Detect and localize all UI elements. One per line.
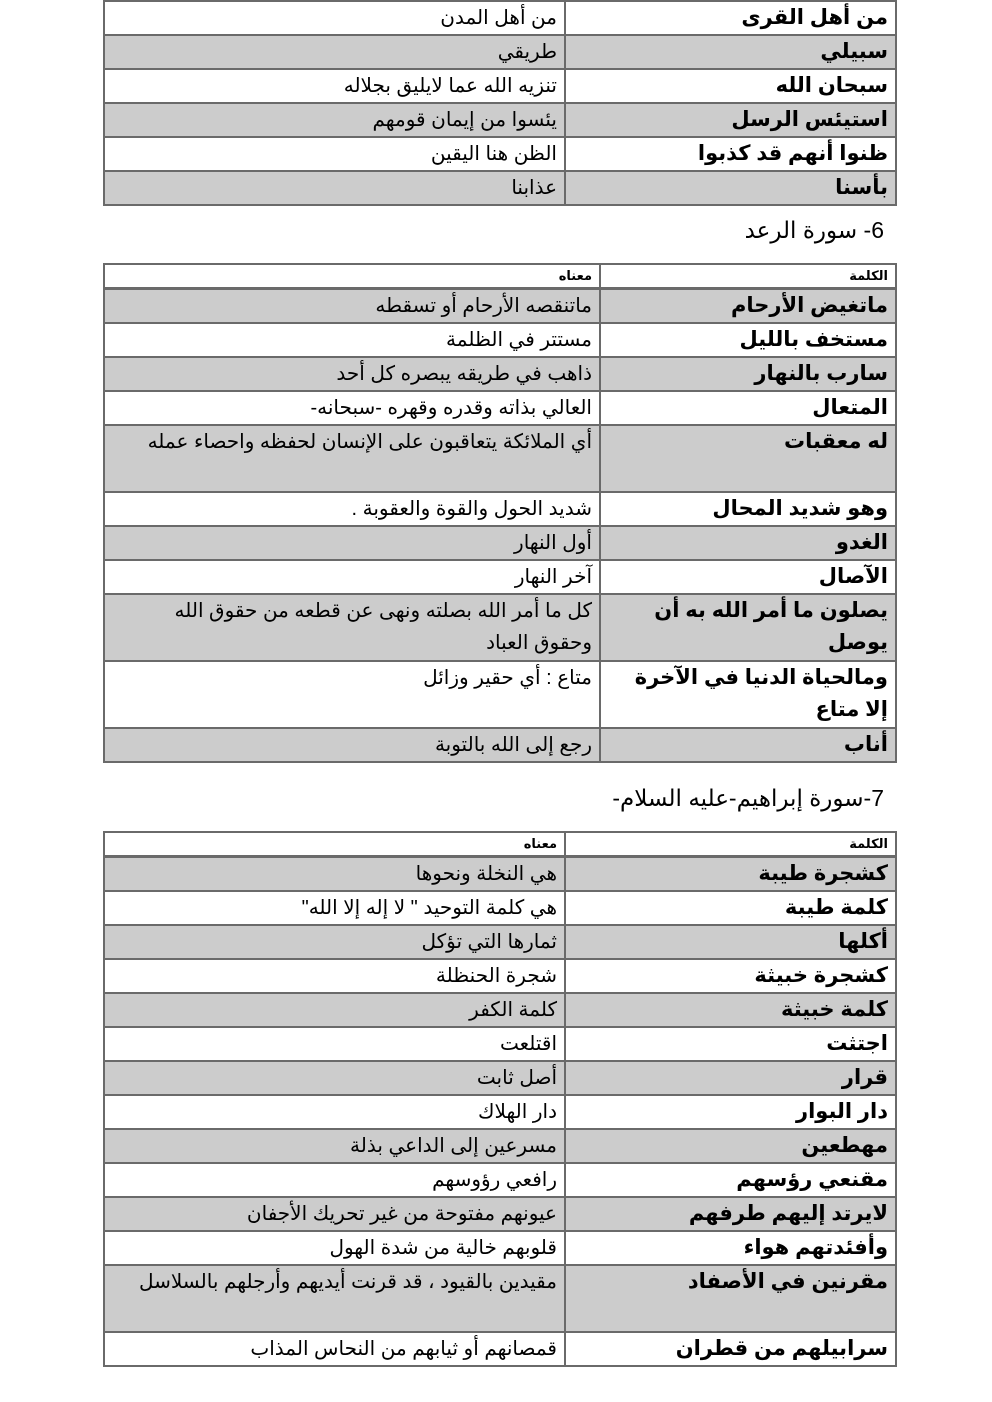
table-row: المتعالالعالي بذاته وقدره وقهره -سبحانه- [104, 391, 896, 425]
word-cell: مقنعي رؤسهم [565, 1163, 896, 1197]
vocab-table-3: الكلمةمعناه كشجرة طيبةهي النخلة ونحوها ك… [103, 831, 897, 1367]
meaning-cell: قلوبهم خالية من شدة الهول [104, 1231, 565, 1265]
meaning-cell: ذاهب في طريقه يبصره كل أحد [104, 357, 600, 391]
table-row: له معقباتأي الملائكة يتعاقبون على الإنسا… [104, 425, 896, 492]
table-row: قرارأصل ثابت [104, 1061, 896, 1095]
word-cell: قرار [565, 1061, 896, 1095]
word-cell: مقرنين في الأصفاد [565, 1265, 896, 1332]
meaning-cell: أول النهار [104, 526, 600, 560]
meaning-cell: شجرة الحنظلة [104, 959, 565, 993]
meaning-cell: كلمة الكفر [104, 993, 565, 1027]
word-cell: دار البوار [565, 1095, 896, 1129]
table-row: ومالحياة الدنيا في الآخرة إلا متاعمتاع :… [104, 661, 896, 728]
table-row: سبحان اللهتنزيه الله عما لايليق بجلاله [104, 69, 896, 103]
header-word: الكلمة [600, 264, 896, 289]
vocab-table-1: من أهل القرىمن أهل المدن سبيليطريقي سبحا… [103, 0, 897, 206]
meaning-cell: اقتلعت [104, 1027, 565, 1061]
table-row: اجتثتاقتلعت [104, 1027, 896, 1061]
table-row: الآصالآخر النهار [104, 560, 896, 594]
word-cell: المتعال [600, 391, 896, 425]
table-row: ماتغيض الأرحامماتنقصه الأرحام أو تسقطه [104, 289, 896, 324]
meaning-cell: مقيدين بالقيود ، قد قرنت أيديهم وأرجلهم … [104, 1265, 565, 1332]
meaning-cell: عذابنا [104, 171, 565, 205]
meaning-cell: متاع : أي حقير وزائل [104, 661, 600, 728]
meaning-cell: أي الملائكة يتعاقبون على الإنسان لحفظه و… [104, 425, 600, 492]
table-row: كشجرة خبيثةشجرة الحنظلة [104, 959, 896, 993]
word-cell: وأفئدتهم هواء [565, 1231, 896, 1265]
table-row: مهطعينمسرعين إلى الداعي بذلة [104, 1129, 896, 1163]
meaning-cell: كل ما أمر الله بصلته ونهى عن قطعه من حقو… [104, 594, 600, 661]
word-cell: سبحان الله [565, 69, 896, 103]
word-cell: الآصال [600, 560, 896, 594]
word-cell: ظنوا أنهم قد كذبوا [565, 137, 896, 171]
meaning-cell: رافعي رؤوسهم [104, 1163, 565, 1197]
meaning-cell: العالي بذاته وقدره وقهره -سبحانه- [104, 391, 600, 425]
word-cell: وهو شديد المحال [600, 492, 896, 526]
table-row: وأفئدتهم هواءقلوبهم خالية من شدة الهول [104, 1231, 896, 1265]
meaning-cell: ماتنقصه الأرحام أو تسقطه [104, 289, 600, 324]
word-cell: سارب بالنهار [600, 357, 896, 391]
meaning-cell: أصل ثابت [104, 1061, 565, 1095]
table-row: مقنعي رؤسهمرافعي رؤوسهم [104, 1163, 896, 1197]
word-cell: يصلون ما أمر الله به أن يوصل [600, 594, 896, 661]
word-cell: أناب [600, 728, 896, 762]
table-row: أكلهاثمارها التي تؤكل [104, 925, 896, 959]
table-row: سرابيلهم من قطرانقمصانهم أو ثيابهم من ال… [104, 1332, 896, 1366]
table-row: الغدوأول النهار [104, 526, 896, 560]
table-row: سبيليطريقي [104, 35, 896, 69]
section-title-surat-arraad: 6- سورة الرعد [745, 215, 884, 245]
table-row: أنابرجع إلى الله بالتوبة [104, 728, 896, 762]
meaning-cell: مستتر في الظلمة [104, 323, 600, 357]
word-cell: كلمة خبيثة [565, 993, 896, 1027]
table-row: من أهل القرىمن أهل المدن [104, 1, 896, 35]
table-row: مستخف بالليلمستتر في الظلمة [104, 323, 896, 357]
table-row: وهو شديد المحالشديد الحول والقوة والعقوب… [104, 492, 896, 526]
word-cell: كشجرة طيبة [565, 857, 896, 892]
meaning-cell: ثمارها التي تؤكل [104, 925, 565, 959]
word-cell: له معقبات [600, 425, 896, 492]
meaning-cell: قمصانهم أو ثيابهم من النحاس المذاب [104, 1332, 565, 1366]
word-cell: مستخف بالليل [600, 323, 896, 357]
meaning-cell: يئسوا من إيمان قومهم [104, 103, 565, 137]
word-cell: مهطعين [565, 1129, 896, 1163]
meaning-cell: عيونهم مفتوحة من غير تحريك الأجفان [104, 1197, 565, 1231]
word-cell: كلمة طيبة [565, 891, 896, 925]
table-row: بأسناعذابنا [104, 171, 896, 205]
table-row: لايرتد إليهم طرفهمعيونهم مفتوحة من غير ت… [104, 1197, 896, 1231]
word-cell: من أهل القرى [565, 1, 896, 35]
table-row: مقرنين في الأصفادمقيدين بالقيود ، قد قرن… [104, 1265, 896, 1332]
meaning-cell: رجع إلى الله بالتوبة [104, 728, 600, 762]
word-cell: اجتثت [565, 1027, 896, 1061]
meaning-cell: مسرعين إلى الداعي بذلة [104, 1129, 565, 1163]
word-cell: أكلها [565, 925, 896, 959]
vocab-table-2: الكلمةمعناه ماتغيض الأرحامماتنقصه الأرحا… [103, 263, 897, 763]
word-cell: لايرتد إليهم طرفهم [565, 1197, 896, 1231]
word-cell: ومالحياة الدنيا في الآخرة إلا متاع [600, 661, 896, 728]
meaning-cell: هي كلمة التوحيد " لا إله إلا الله" [104, 891, 565, 925]
header-word: الكلمة [565, 832, 896, 857]
word-cell: ماتغيض الأرحام [600, 289, 896, 324]
table-row: يصلون ما أمر الله به أن يوصلكل ما أمر ال… [104, 594, 896, 661]
word-cell: سبيلي [565, 35, 896, 69]
table-row: ظنوا أنهم قد كذبواالظن هنا اليقين [104, 137, 896, 171]
table-row: كشجرة طيبةهي النخلة ونحوها [104, 857, 896, 892]
table-row: سارب بالنهارذاهب في طريقه يبصره كل أحد [104, 357, 896, 391]
section-title-surat-ibrahim: 7-سورة إبراهيم-عليه السلام- [612, 783, 884, 813]
word-cell: الغدو [600, 526, 896, 560]
table-header-row: الكلمةمعناه [104, 832, 896, 857]
table-header-row: الكلمةمعناه [104, 264, 896, 289]
header-meaning: معناه [104, 264, 600, 289]
meaning-cell: من أهل المدن [104, 1, 565, 35]
table-row: دار البواردار الهلاك [104, 1095, 896, 1129]
header-meaning: معناه [104, 832, 565, 857]
table-row: كلمة طيبةهي كلمة التوحيد " لا إله إلا ال… [104, 891, 896, 925]
meaning-cell: هي النخلة ونحوها [104, 857, 565, 892]
word-cell: استيئس الرسل [565, 103, 896, 137]
meaning-cell: طريقي [104, 35, 565, 69]
meaning-cell: تنزيه الله عما لايليق بجلاله [104, 69, 565, 103]
table-row: استيئس الرسليئسوا من إيمان قومهم [104, 103, 896, 137]
meaning-cell: آخر النهار [104, 560, 600, 594]
word-cell: سرابيلهم من قطران [565, 1332, 896, 1366]
word-cell: بأسنا [565, 171, 896, 205]
meaning-cell: الظن هنا اليقين [104, 137, 565, 171]
meaning-cell: شديد الحول والقوة والعقوبة . [104, 492, 600, 526]
word-cell: كشجرة خبيثة [565, 959, 896, 993]
meaning-cell: دار الهلاك [104, 1095, 565, 1129]
table-row: كلمة خبيثةكلمة الكفر [104, 993, 896, 1027]
